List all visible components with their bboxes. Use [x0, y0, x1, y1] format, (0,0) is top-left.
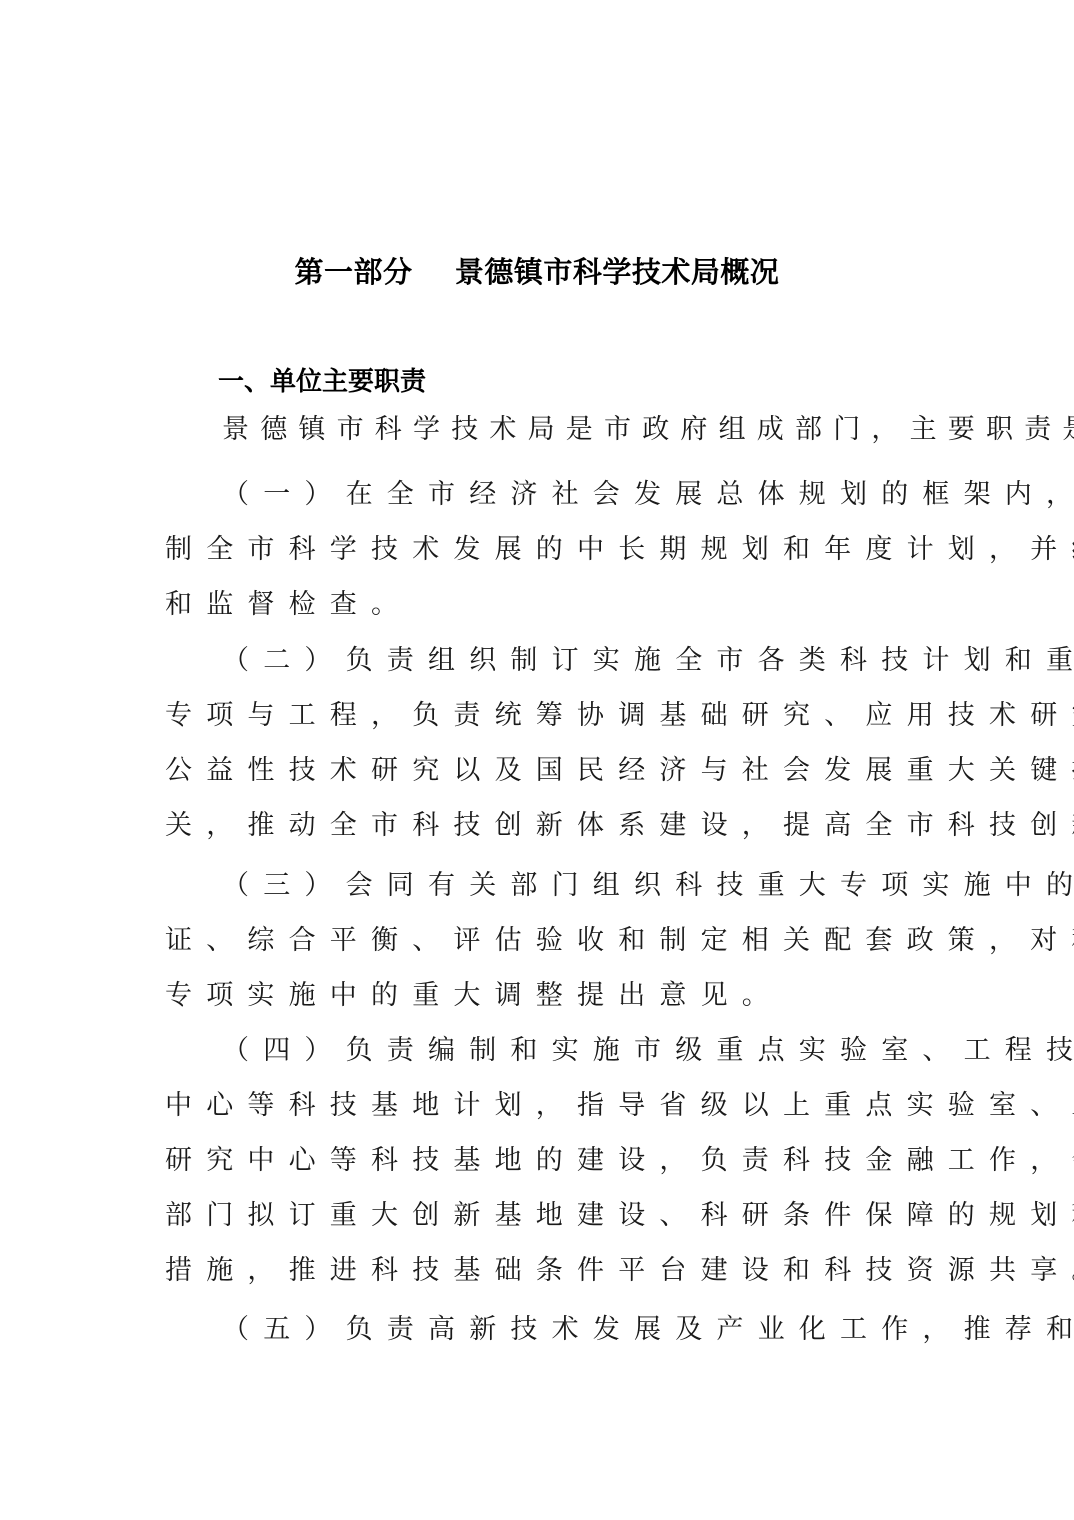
- paragraph-line: 关，推动全市科技创新体系建设，提高全市科技创新能力。: [165, 798, 925, 853]
- duty-paragraph-1: （一）在全市经济社会发展总体规划的框架内，组织编 制全市科学技术发展的中长期规划…: [165, 467, 925, 632]
- paragraph-line: （一）在全市经济社会发展总体规划的框架内，组织编: [165, 467, 925, 522]
- paragraph-line: 制全市科学技术发展的中长期规划和年度计划，并组织实施: [165, 522, 925, 577]
- paragraph-line: 措施，推进科技基础条件平台建设和科技资源共享。: [165, 1243, 925, 1298]
- section-heading: 一、单位主要职责: [218, 362, 426, 402]
- intro-line: 景德镇市科学技术局是市政府组成部门，主要职责是：: [165, 402, 925, 457]
- page-title: 第一部分 景德镇市科学技术局概况: [0, 252, 1074, 292]
- duty-paragraph-5: （五）负责高新技术发展及产业化工作，推荐和指导高: [165, 1302, 925, 1357]
- paragraph-line: 公益性技术研究以及国民经济与社会发展重大关键技术攻: [165, 743, 925, 798]
- paragraph-line: 和监督检查。: [165, 577, 925, 632]
- paragraph-line: （三）会同有关部门组织科技重大专项实施中的方案论: [165, 858, 925, 913]
- paragraph-line: 专项与工程，负责统筹协调基础研究、应用技术研究和社会: [165, 688, 925, 743]
- duty-paragraph-4: （四）负责编制和实施市级重点实验室、工程技术研究 中心等科技基地计划，指导省级以…: [165, 1023, 925, 1298]
- paragraph-line: 证、综合平衡、评估验收和制定相关配套政策，对科技重大: [165, 913, 925, 968]
- duty-paragraph-2: （二）负责组织制订实施全市各类科技计划和重大科技 专项与工程，负责统筹协调基础研…: [165, 633, 925, 853]
- document-page: 第一部分 景德镇市科学技术局概况 一、单位主要职责 景德镇市科学技术局是市政府组…: [0, 0, 1074, 1520]
- paragraph-line: （二）负责组织制订实施全市各类科技计划和重大科技: [165, 633, 925, 688]
- paragraph-line: 研究中心等科技基地的建设，负责科技金融工作，会同有关: [165, 1133, 925, 1188]
- paragraph-line: （五）负责高新技术发展及产业化工作，推荐和指导高: [165, 1302, 925, 1357]
- paragraph-line: 中心等科技基地计划，指导省级以上重点实验室、工程技术: [165, 1078, 925, 1133]
- paragraph-line: （四）负责编制和实施市级重点实验室、工程技术研究: [165, 1023, 925, 1078]
- paragraph-line: 部门拟订重大创新基地建设、科研条件保障的规划和政策、: [165, 1188, 925, 1243]
- paragraph-line: 专项实施中的重大调整提出意见。: [165, 968, 925, 1023]
- duty-paragraph-3: （三）会同有关部门组织科技重大专项实施中的方案论 证、综合平衡、评估验收和制定相…: [165, 858, 925, 1023]
- intro-paragraph: 景德镇市科学技术局是市政府组成部门，主要职责是：: [165, 402, 925, 457]
